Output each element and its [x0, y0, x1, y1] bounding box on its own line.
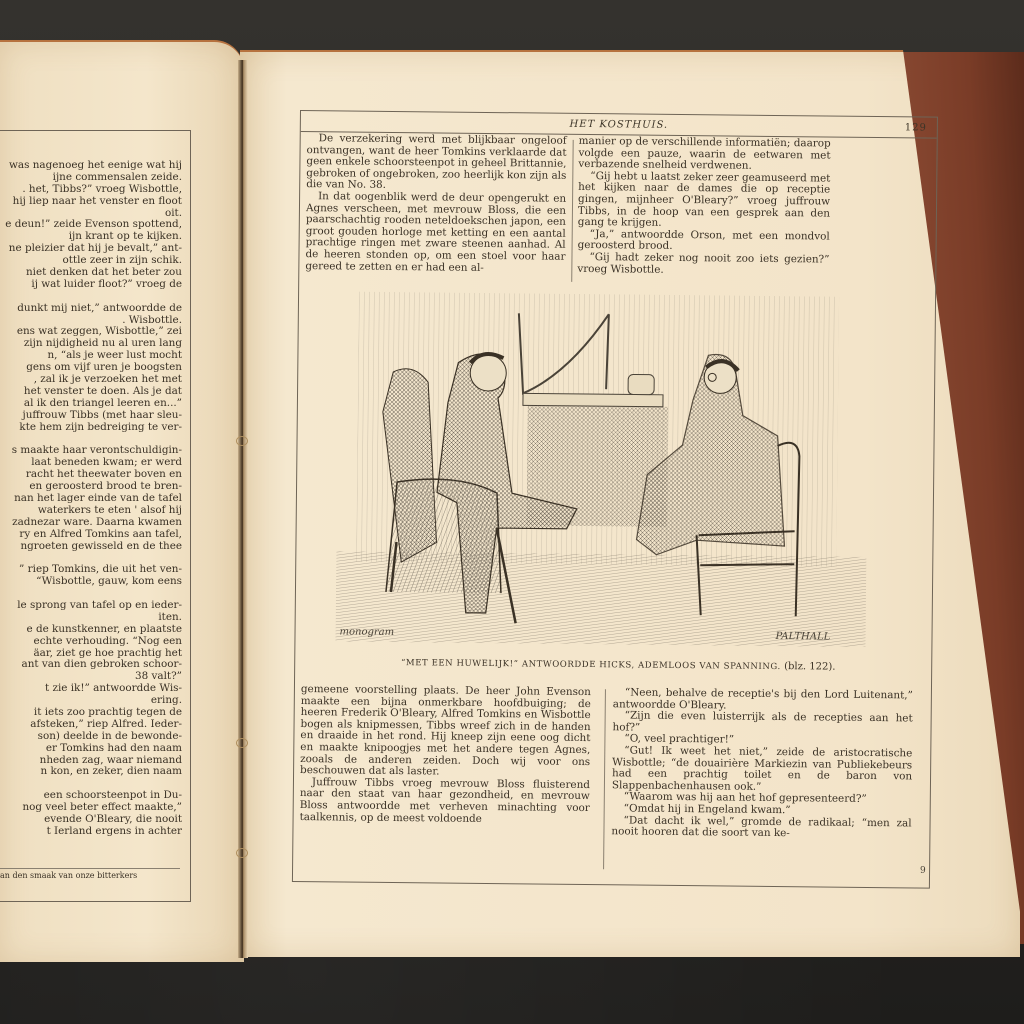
text-line: kte hem zijn bedreiging te ver-: [0, 422, 182, 434]
text-line: ij wat luider floot?” vroeg de: [0, 279, 182, 291]
bottom-left-column: gemeene voorstelling plaats. De heer Joh…: [300, 684, 591, 826]
text-line: ry en Alfred Tomkins aan tafel,: [0, 529, 182, 541]
left-page-text: was nagenoeg het eenige wat hijijne comm…: [0, 160, 182, 838]
text-line: waterkers te eten ' alsof hij: [0, 505, 182, 517]
engraver-monogram: monogram: [339, 626, 394, 638]
caption-text: “MET EEN HUWELIJK!” ANTWOORDDE HICKS, AD…: [401, 658, 781, 672]
bottom-right-column: “Neen, behalve de receptie's bij den Lor…: [611, 687, 913, 841]
text-line: “Wisbottle, gauw, kom eens: [0, 576, 182, 588]
signature-mark: 9: [920, 866, 926, 876]
paragraph: “Gut! Ik weet het niet,” zeide de aristo…: [612, 745, 912, 795]
paragraph: “Dat dacht ik wel,” gromde de radikaal; …: [611, 815, 911, 841]
binding-thread: [236, 436, 248, 446]
paragraph: gemeene voorstelling plaats. De heer Joh…: [300, 684, 591, 780]
text-line: ngroeten gewisseld en de thee: [0, 541, 182, 553]
paragraph: Juffrouw Tibbs vroeg mevrouw Bloss fluis…: [300, 777, 590, 826]
text-line: iten.: [0, 612, 182, 624]
text-line: le sprong van tafel op en ieder-: [0, 600, 182, 612]
engraving-svg: [335, 291, 879, 657]
text-line: ijne commensalen zeide.: [0, 172, 182, 184]
text-line: echte verhouding. “Nog een: [0, 636, 182, 648]
page-number: 129: [905, 122, 927, 133]
column-divider: [571, 140, 573, 282]
left-footnote: an den smaak van onze bitterkers: [0, 868, 180, 880]
text-line: afsteken,” riep Alfred. Ieder-: [0, 719, 182, 731]
right-text-frame: HET KOSTHUIS. 129 De verzekering werd me…: [292, 110, 938, 889]
column-divider: [603, 689, 606, 869]
text-line: t Ierland ergens in achter: [0, 826, 182, 838]
text-line: hij liep naar het venster en floot: [0, 196, 182, 208]
binding-thread: [236, 848, 248, 858]
text-line: zadnezar ware. Daarna kwamen: [0, 517, 182, 529]
paragraph: “Gij hadt zeker nog nooit zoo iets gezie…: [577, 252, 829, 278]
top-left-column: De verzekering werd met blijkbaar ongelo…: [305, 133, 566, 275]
paragraph: In dat oogenblik werd de deur opengerukt…: [305, 191, 566, 275]
engraving-illustration: monogram PALTHALL: [335, 291, 879, 657]
text-line: er Tomkins had den naam: [0, 743, 182, 755]
text-line: [0, 291, 182, 303]
book-gutter: [238, 60, 248, 958]
paragraph: De verzekering werd met blijkbaar ongelo…: [306, 133, 567, 194]
left-page: was nagenoeg het eenige wat hijijne comm…: [0, 40, 244, 962]
artist-signature: PALTHALL: [775, 631, 830, 643]
text-line: al ik den triangel leeren en...”: [0, 398, 182, 410]
text-line: dunkt mij niet,” antwoordde de: [0, 303, 182, 315]
paragraph: manier op de verschillende informatiën; …: [578, 136, 830, 173]
running-head-title: HET KOSTHUIS.: [301, 116, 937, 134]
illustration-caption: “MET EEN HUWELIJK!” ANTWOORDDE HICKS, AD…: [325, 656, 911, 673]
text-line: . het, Tibbs?” vroeg Wisbottle,: [0, 184, 182, 196]
text-line: n kon, en zeker, dien naam: [0, 766, 182, 778]
paragraph: “Gij hebt u laatst zeker zeer geamuseerd…: [578, 171, 831, 232]
text-line: juffrouw Tibbs (met haar sleu-: [0, 410, 182, 422]
caption-page-ref: (blz. 122).: [784, 661, 835, 673]
binding-thread: [236, 738, 248, 748]
top-right-column: manier op de verschillende informatiën; …: [577, 136, 830, 278]
text-line: e de kunstkenner, en plaatste: [0, 624, 182, 636]
text-line: son) deelde in de bewonde-: [0, 731, 182, 743]
